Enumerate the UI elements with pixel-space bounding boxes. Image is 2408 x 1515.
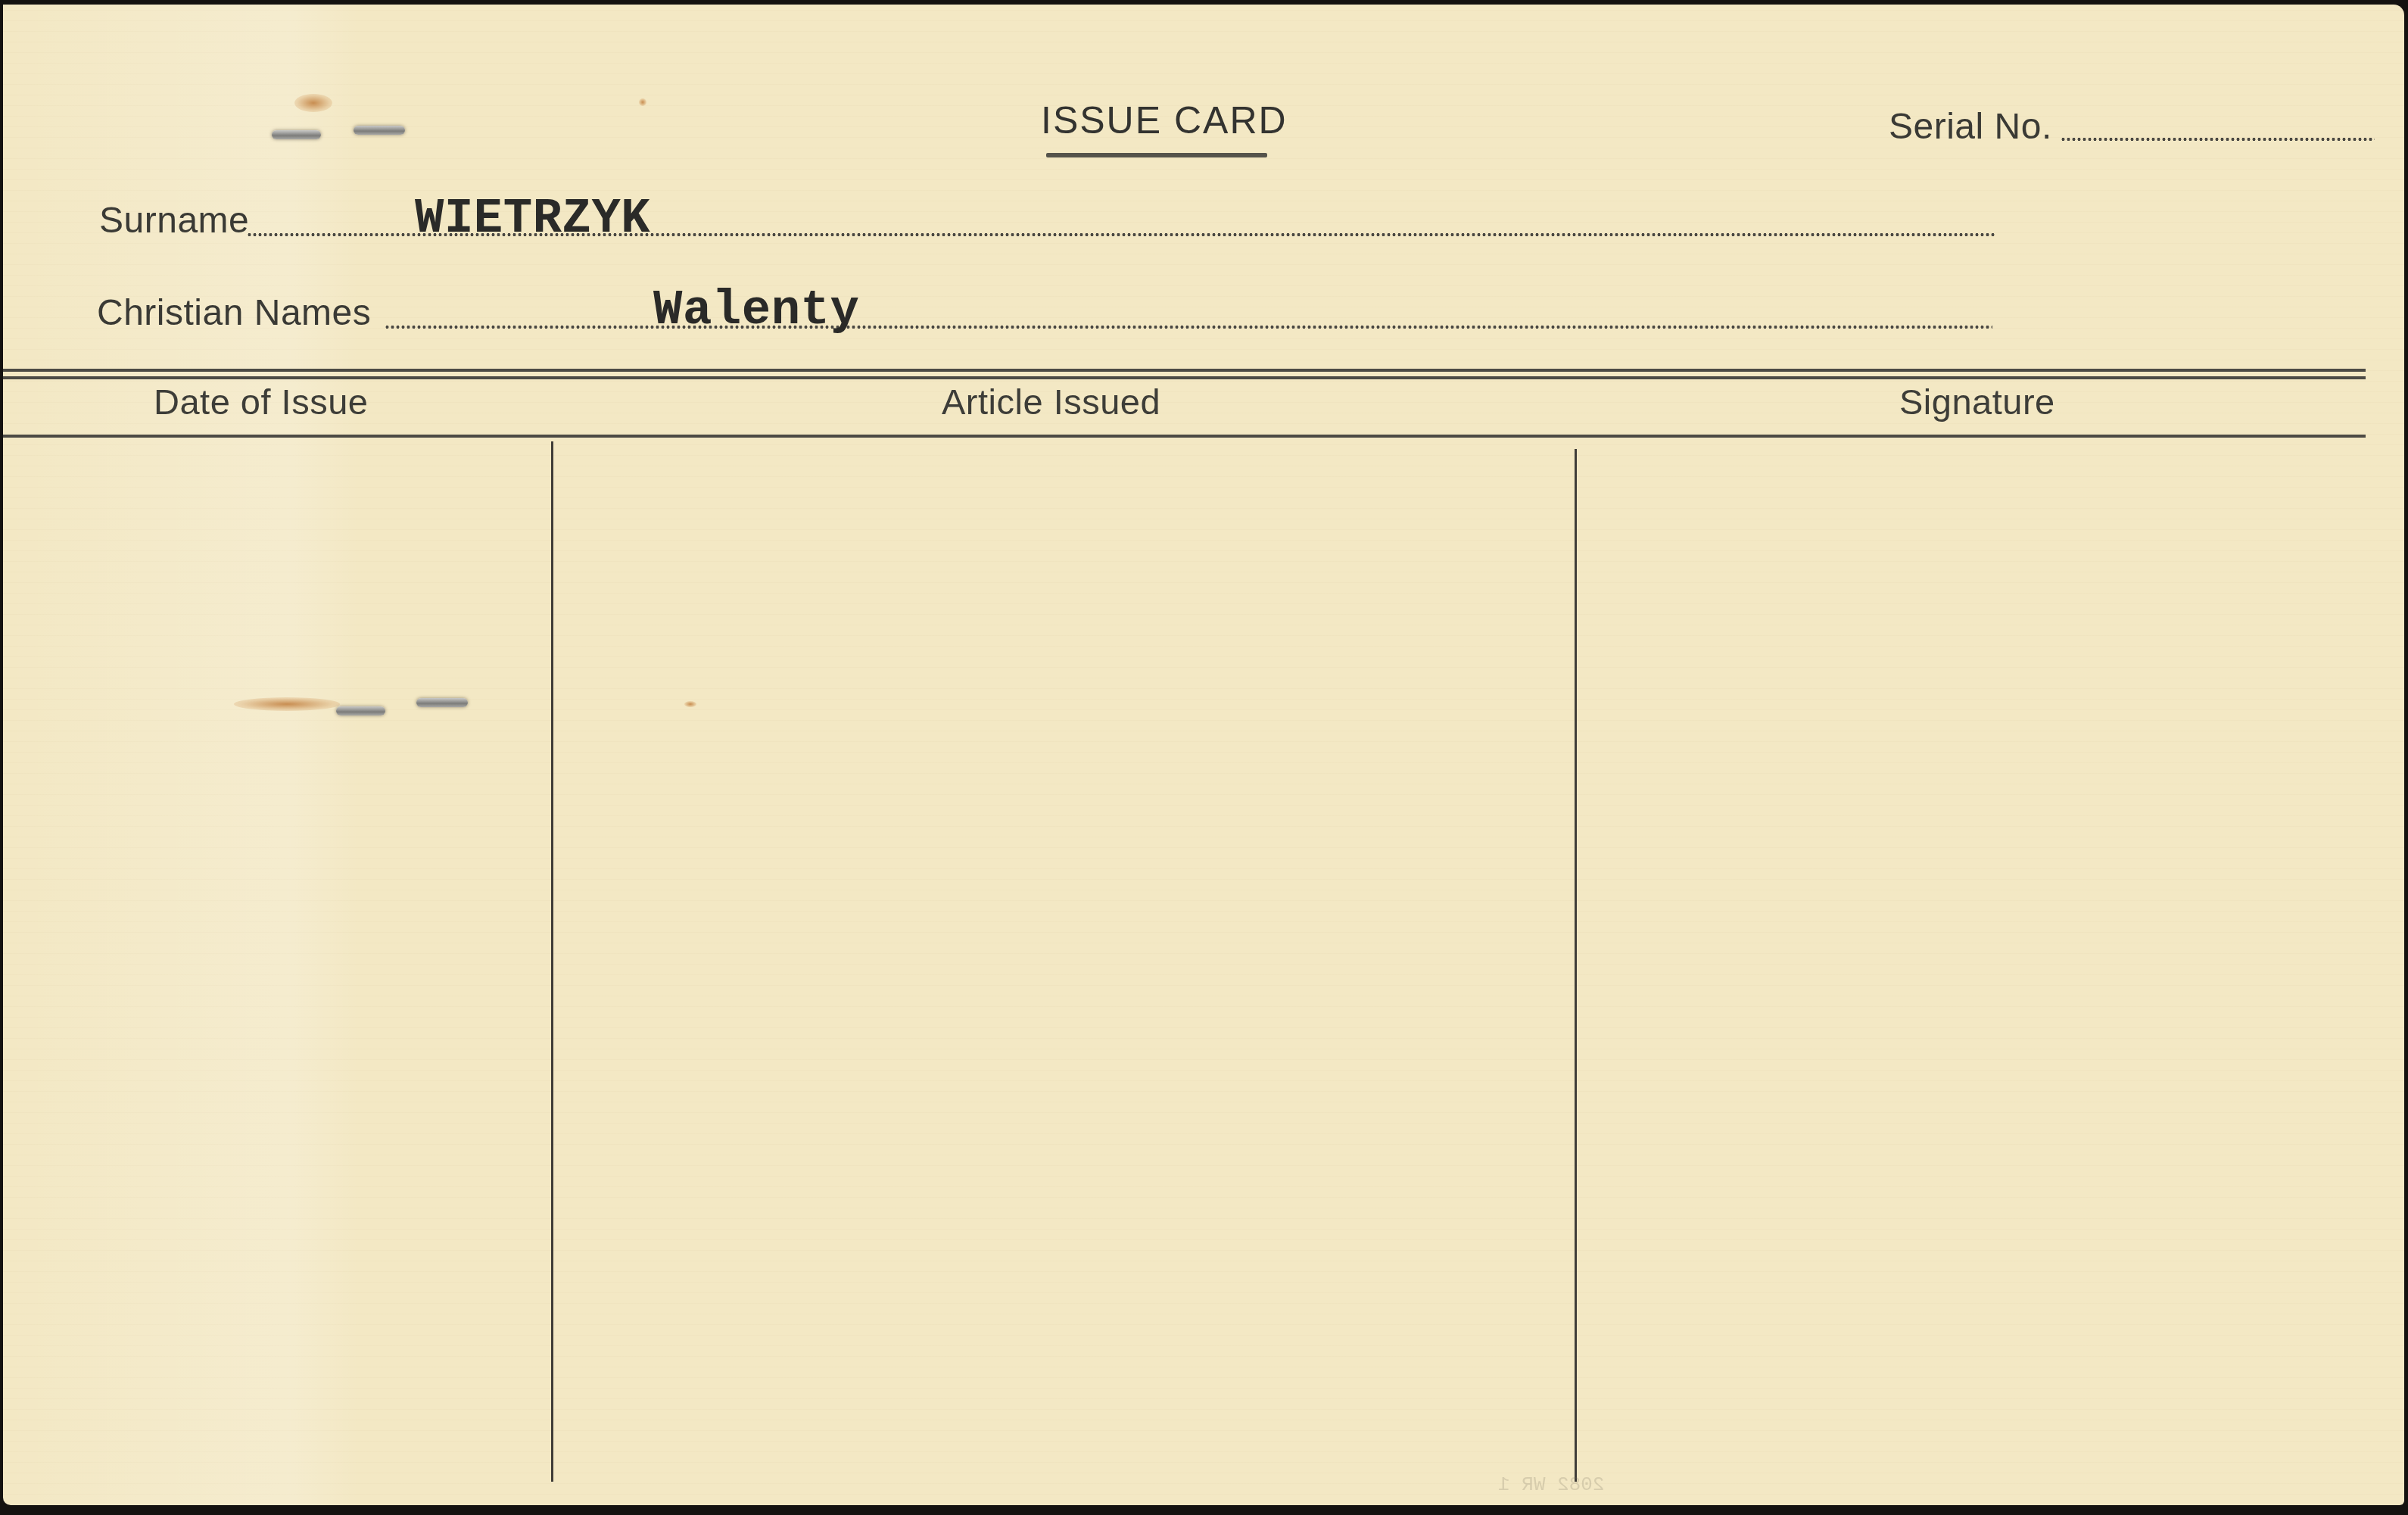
staple-mark	[272, 130, 321, 139]
card-title: ISSUE CARD	[1041, 98, 1288, 142]
show-through-print: 2082 WR 1	[1498, 1473, 1604, 1496]
article-issued-column[interactable]	[554, 440, 1573, 1485]
rust-stain	[294, 94, 332, 112]
serial-no-label: Serial No.	[1889, 106, 2052, 148]
column-header-signature: Signature	[1899, 381, 2055, 422]
staple-mark	[354, 126, 405, 135]
christian-names-label: Christian Names	[97, 292, 371, 334]
header-double-rule-top	[3, 369, 2366, 372]
column-header-date-of-issue: Date of Issue	[154, 381, 368, 422]
title-underline	[1046, 153, 1267, 157]
christian-names-value: Walenty	[653, 284, 859, 338]
surname-label: Surname	[99, 200, 249, 242]
column-divider-1	[551, 441, 553, 1482]
signature-column[interactable]	[1578, 440, 2403, 1485]
rust-stain	[639, 98, 646, 106]
header-bottom-rule	[3, 435, 2366, 438]
issue-card: ISSUE CARD Serial No. Surname WIETRZYK C…	[3, 5, 2404, 1505]
surname-value: WIETRZYK	[415, 192, 650, 247]
serial-no-field[interactable]	[2061, 138, 2375, 141]
column-divider-2	[1575, 449, 1577, 1482]
header-double-rule-bottom	[3, 376, 2366, 379]
date-of-issue-column[interactable]	[3, 440, 550, 1485]
column-header-article-issued: Article Issued	[942, 381, 1160, 422]
christian-names-field[interactable]	[385, 326, 1992, 329]
